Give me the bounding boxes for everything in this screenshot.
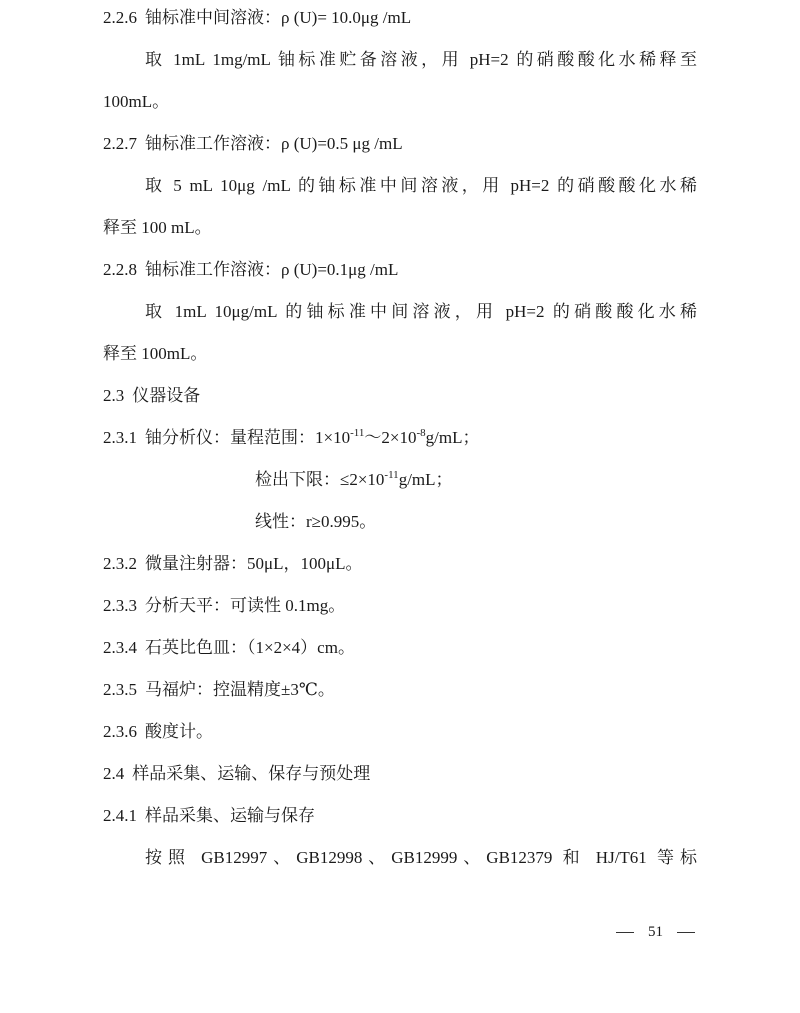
spec-detection-limit: 检出下限：≤2×10-11g/mL； xyxy=(255,470,453,490)
page-number: 51 xyxy=(616,924,695,941)
heading-2-2-6: 2.2.6铀标准中间溶液：ρ (U)= 10.0μg /mL xyxy=(103,8,411,28)
heading-2-2-7: 2.2.7铀标准工作溶液：ρ (U)=0.5 μg /mL xyxy=(103,134,403,154)
heading-2-3-6: 2.3.6酸度计。 xyxy=(103,722,213,742)
heading-2-2-8: 2.2.8铀标准工作溶液：ρ (U)=0.1μg /mL xyxy=(103,260,398,280)
heading-2-3-1: 2.3.1铀分析仪：量程范围：1×10-11～2×10-8g/mL； xyxy=(103,428,479,448)
heading-2-3-2: 2.3.2微量注射器：50μL，100μL。 xyxy=(103,554,363,574)
heading-2-3-4: 2.3.4石英比色皿：（1×2×4）cm。 xyxy=(103,638,355,658)
paragraph: 取 1mL 1mg/mL 铀标准贮备溶液，用 pH=2 的硝酸酸化水稀释至 xyxy=(145,50,697,70)
paragraph: 按照 GB12997、GB12998、GB12999、GB12379 和 HJ/… xyxy=(145,848,697,868)
dash-divider xyxy=(677,932,695,933)
paragraph: 释至 100mL。 xyxy=(103,344,207,364)
heading-2-3-3: 2.3.3分析天平：可读性 0.1mg。 xyxy=(103,596,345,616)
heading-2-3: 2.3仪器设备 xyxy=(103,386,200,406)
heading-2-4: 2.4样品采集、运输、保存与预处理 xyxy=(103,764,370,784)
paragraph: 取 1mL 10μg/mL 的铀标准中间溶液，用 pH=2 的硝酸酸化水稀 xyxy=(145,302,697,322)
heading-2-3-5: 2.3.5马福炉：控温精度±3℃。 xyxy=(103,680,335,700)
heading-2-4-1: 2.4.1样品采集、运输与保存 xyxy=(103,806,315,826)
paragraph: 100mL。 xyxy=(103,92,169,112)
dash-divider xyxy=(616,932,634,933)
paragraph: 取 5 mL 10μg /mL 的铀标准中间溶液，用 pH=2 的硝酸酸化水稀 xyxy=(145,176,697,196)
page-number-value: 51 xyxy=(648,924,663,941)
paragraph: 释至 100 mL。 xyxy=(103,218,212,238)
spec-linearity: 线性：r≥0.995。 xyxy=(255,512,376,532)
